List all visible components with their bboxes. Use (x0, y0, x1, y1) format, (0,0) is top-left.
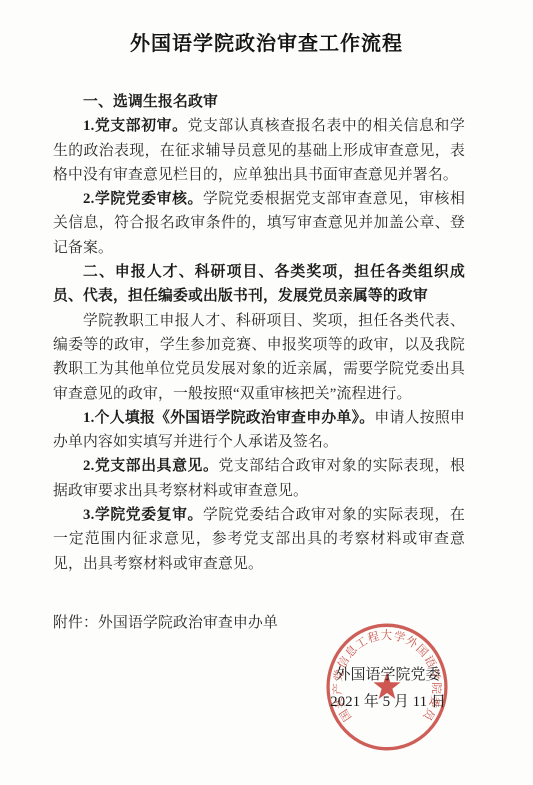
signature-date: 2021 年 5 月 11 日 (320, 689, 456, 716)
paragraph-lead: 2.学院党委审核。 (83, 191, 203, 207)
section-1-paragraph-1: 1.党支部初审。党支部认真核查报名表中的相关信息和学生的政治表现，在征求辅导员意… (53, 114, 465, 187)
section-2-paragraph-3: 3.学院党委复审。学院党委结合政审对象的实际表现，在一定范围内征求意见，参考党支… (53, 503, 465, 576)
signature-org: 外国语学院党委 (320, 662, 456, 689)
paragraph-lead: 1.党支部初审。 (83, 118, 188, 134)
section-2-paragraph-2: 2.党支部出具意见。党支部结合政审对象的实际表现，根据政审要求出具考察材料或审查… (53, 454, 465, 503)
section-1-paragraph-2: 2.学院党委审核。学院党委根据党支部审查意见，审核相关信息，符合报名政审条件的，… (53, 187, 465, 260)
section-2-heading: 二、申报人才、科研项目、各类奖项，担任各类组织成员、代表，担任编委或出版书刊，发… (53, 260, 465, 309)
section-1-heading: 一、选调生报名政审 (53, 90, 465, 114)
paragraph-lead: 1.个人填报《外国语学院政治审查申办单》。 (83, 410, 374, 426)
section-2-paragraph-1: 1.个人填报《外国语学院政治审查申办单》。申请人按照申办单内容如实填写并进行个人… (53, 406, 465, 455)
signature-block: 外国语学院党委 2021 年 5 月 11 日 (320, 662, 456, 716)
document-page: 外国语学院政治审查工作流程 一、选调生报名政审 1.党支部初审。党支部认真核查报… (0, 0, 533, 785)
document-body: 一、选调生报名政审 1.党支部初审。党支部认真核查报名表中的相关信息和学生的政治… (53, 90, 465, 635)
paragraph-lead: 3.学院党委复审。 (83, 507, 203, 523)
paragraph-lead: 2.党支部出具意见。 (83, 458, 218, 474)
page-title: 外国语学院政治审查工作流程 (0, 27, 533, 56)
section-2-intro: 学院教职工申报人才、科研项目、奖项，担任各类代表、编委等的政审，学生参加竞赛、申… (53, 309, 465, 406)
